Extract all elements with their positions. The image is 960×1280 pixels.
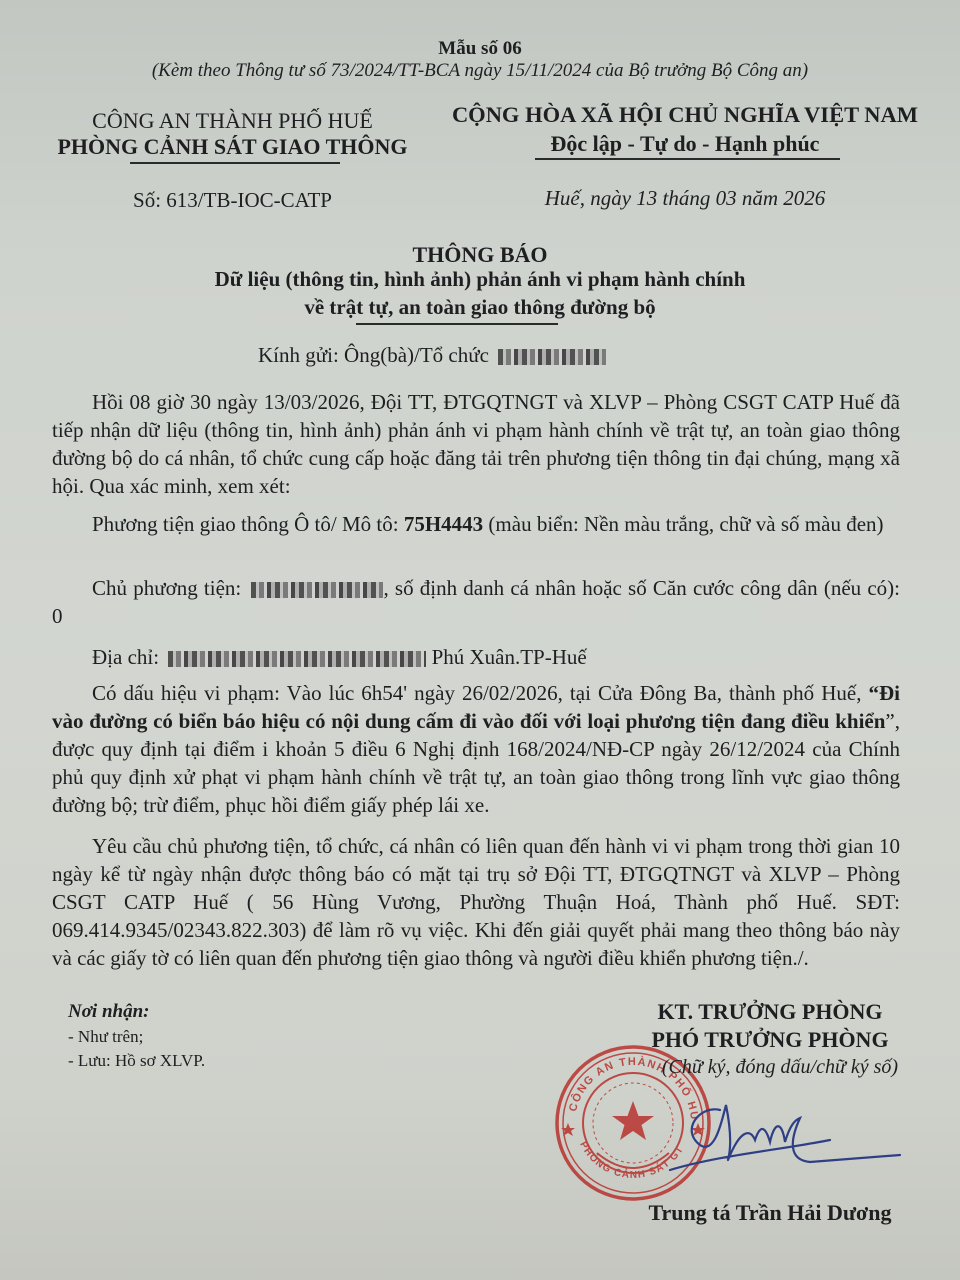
paragraph-request-text: Yêu cầu chủ phương tiện, tổ chức, cá nhâ… — [52, 832, 900, 972]
salutation: Kính gửi: Ông(bà)/Tổ chức — [258, 343, 606, 368]
document-subtitle-line2: về trật tự, an toàn giao thông đường bộ — [0, 295, 960, 320]
document-subtitle-line1: Dữ liệu (thông tin, hình ảnh) phản ánh v… — [0, 267, 960, 292]
paragraph-request: Yêu cầu chủ phương tiện, tổ chức, cá nhâ… — [52, 832, 900, 972]
violation-intro: Có dấu hiệu vi phạm: Vào lúc 6h54' ngày … — [92, 681, 869, 705]
redacted-address — [168, 651, 426, 667]
form-reference: (Kèm theo Thông tư số 73/2024/TT-BCA ngà… — [0, 60, 960, 82]
plate-color-text: (màu biển: Nền màu trắng, chữ và số màu … — [483, 512, 883, 536]
paragraph-intro-text: Hồi 08 giờ 30 ngày 13/03/2026, Đội TT, Đ… — [52, 388, 900, 500]
motto-underline — [535, 158, 840, 160]
vehicle-label: Phương tiện giao thông Ô tô/ Mô tô: — [92, 512, 404, 536]
paragraph-address: Địa chỉ: Phú Xuân.TP-Huế — [52, 643, 900, 671]
paragraph-vehicle: Phương tiện giao thông Ô tô/ Mô tô: 75H4… — [52, 510, 900, 538]
paragraph-violation: Có dấu hiệu vi phạm: Vào lúc 6h54' ngày … — [52, 679, 900, 819]
paragraph-intro: Hồi 08 giờ 30 ngày 13/03/2026, Đội TT, Đ… — [52, 388, 900, 500]
recipient-item: - Lưu: Hồ sơ XLVP. — [68, 1051, 205, 1071]
owner-label: Chủ phương tiện: — [92, 576, 247, 600]
redacted-owner-name — [251, 582, 383, 598]
department-name: PHÒNG CẢNH SÁT GIAO THÔNG — [30, 134, 435, 160]
signature-note: (Chữ ký, đóng dấu/chữ ký số) — [630, 1056, 930, 1079]
signature-position: PHÓ TRƯỞNG PHÒNG — [600, 1027, 940, 1053]
redacted-recipient-name — [498, 349, 606, 365]
notice-document: Mẫu số 06 (Kèm theo Thông tư số 73/2024/… — [0, 0, 960, 1280]
signer-name: Trung tá Trần Hải Dương — [600, 1200, 940, 1226]
paragraph-owner: Chủ phương tiện: , số định danh cá nhân … — [52, 574, 900, 630]
address-label: Địa chỉ: — [92, 645, 164, 669]
document-number: Số: 613/TB-IOC-CATP — [30, 188, 435, 213]
recipients-title: Nơi nhận: — [68, 1001, 149, 1023]
signature-authority: KT. TRƯỞNG PHÒNG — [600, 999, 940, 1025]
handwritten-signature-icon — [660, 1100, 910, 1180]
national-motto: Độc lập - Tự do - Hạnh phúc — [430, 131, 940, 157]
subtitle-underline — [356, 323, 558, 325]
national-title: CỘNG HÒA XÃ HỘI CHỦ NGHĨA VIỆT NAM — [430, 102, 940, 128]
recipient-item: - Như trên; — [68, 1027, 143, 1047]
salutation-label: Kính gửi: Ông(bà)/Tổ chức — [258, 343, 489, 367]
document-title: THÔNG BÁO — [0, 242, 960, 268]
address-text: Phú Xuân.TP-Huế — [426, 645, 586, 669]
form-number: Mẫu số 06 — [0, 38, 960, 60]
agency-name: CÔNG AN THÀNH PHỐ HUẾ — [30, 108, 435, 134]
plate-number: 75H4443 — [404, 512, 483, 536]
place-date: Huế, ngày 13 tháng 03 năm 2026 — [430, 186, 940, 211]
agency-underline — [130, 162, 340, 164]
